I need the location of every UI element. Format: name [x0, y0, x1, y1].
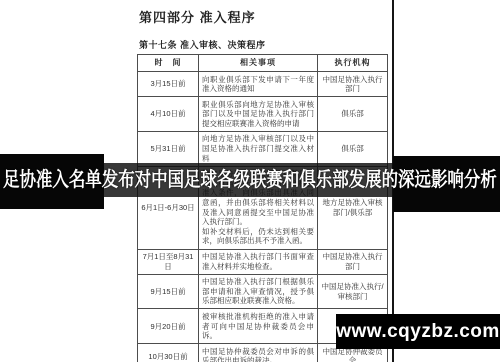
executor-cell: 俱乐部 — [318, 131, 388, 166]
matter-cell: 向地方足协准入审核部门以及中国足协准入执行部门提交准入材料 — [199, 131, 318, 166]
header-time: 时 间 — [138, 55, 199, 72]
section-title: 第四部分 准入程序 — [139, 7, 256, 26]
table-row: 9月15日前中国足协准入执行部门根据俱乐部申请和准入审查情况，授予俱乐部相应职业… — [138, 274, 388, 309]
table-row: 3月15日前向职业俱乐部下发申请下一年度准入资格的通知中国足协准入执行部门 — [138, 72, 388, 97]
matter-cell: 职业俱乐部向地方足协准入审核部门以及中国足协准入执行部门提交相应联赛准入资格的申… — [199, 97, 318, 132]
time-cell: 3月15日前 — [138, 72, 199, 97]
matter-cell: 中国足协准入执行部门根据俱乐部申请和准入审查情况，授予俱乐部相应职业联赛准入资格… — [199, 274, 318, 309]
matter-cell: 中国足协准入执行部门书面审查准入材料并实地检查。 — [199, 249, 318, 274]
time-cell: 5月31日前 — [138, 131, 199, 166]
matter-cell: 被审核批准机构拒绝的准入申请者可向中国足协仲裁委员会申诉。 — [199, 309, 318, 344]
table-row: 4月10日前职业俱乐部向地方足协准入审核部门以及中国足协准入执行部门提交相应联赛… — [138, 97, 388, 132]
time-cell: 4月10日前 — [138, 97, 199, 132]
time-cell: 9月20日前 — [138, 309, 199, 344]
matter-cell: 向职业俱乐部下发申请下一年度准入资格的通知 — [199, 72, 318, 97]
table-header: 时 间 相关事项 执行机构 — [138, 55, 388, 72]
header-executor: 执行机构 — [318, 55, 388, 72]
table-row: 7月1日至8月31日中国足协准入执行部门书面审查准入材料并实地检查。中国足协准入… — [138, 249, 388, 274]
time-cell: 10月30日前 — [138, 344, 199, 362]
header-matter: 相关事项 — [199, 55, 318, 72]
overlay-title: 足协准入名单发布对中国足球各级联赛和俱乐部发展的深远影响分析 — [3, 168, 500, 192]
time-cell: 7月1日至8月31日 — [138, 249, 199, 274]
thumbnail-page: 第四部分 准入程序 第十七条 准入审核、决策程序 时 间 相关事项 执行机构 3… — [0, 0, 500, 362]
watermark-url: www.cqyzbz.com — [336, 314, 500, 349]
table-header-row: 时 间 相关事项 执行机构 — [138, 55, 388, 72]
table-row: 5月31日前向地方足协准入审核部门以及中国足协准入执行部门提交准入材料俱乐部 — [138, 131, 388, 166]
time-cell: 9月15日前 — [138, 274, 199, 309]
executor-cell: 俱乐部 — [318, 97, 388, 132]
executor-cell: 中国足协准入执行部门 — [318, 72, 388, 97]
executor-cell: 中国足协准入执行部门 — [318, 249, 388, 274]
article-title: 第十七条 准入审核、决策程序 — [139, 38, 266, 51]
matter-cell: 中国足协仲裁委员会对申诉的俱乐部作出申诉的裁决。 — [199, 344, 318, 362]
executor-cell: 中国足协准入执行/审核部门 — [318, 274, 388, 309]
